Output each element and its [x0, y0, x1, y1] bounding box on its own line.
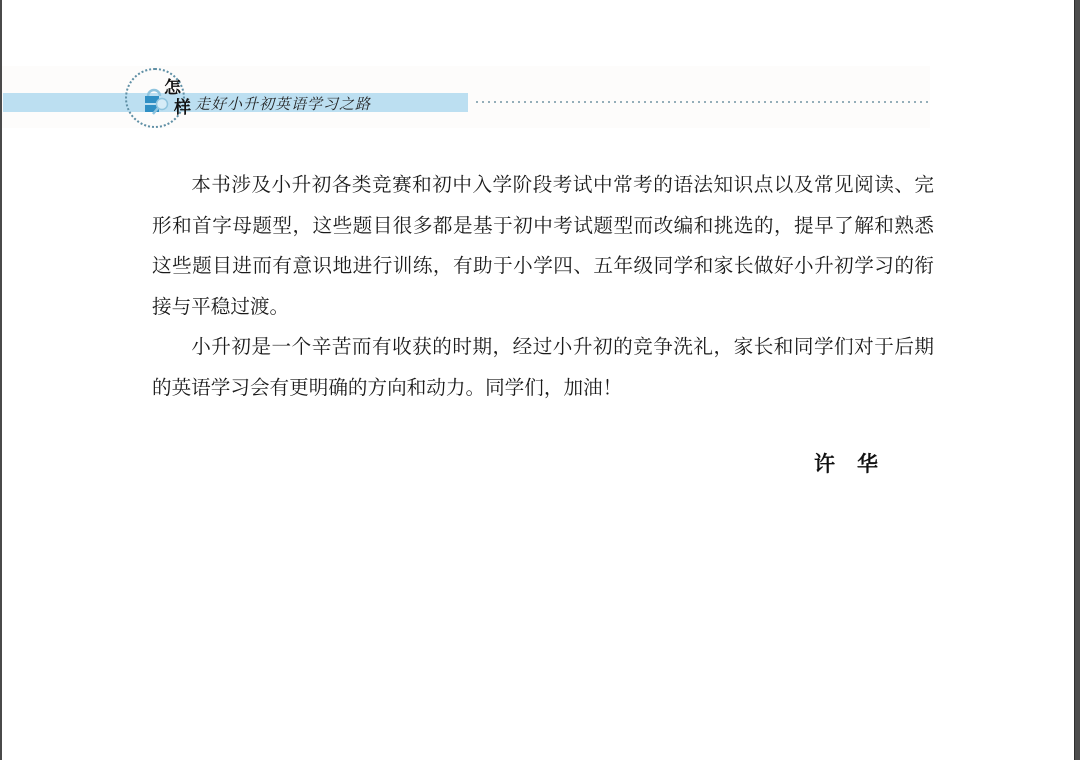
document-page: 怎 样 走好小升初英语学习之路 本书涉及小升初各类竞赛和初中入学阶段考试中常考的… [2, 0, 1074, 760]
header-title-char-2: 样 [174, 93, 191, 118]
header-title: 走好小升初英语学习之路 [195, 93, 371, 114]
header-dotted-rule [474, 101, 930, 103]
paragraph: 本书涉及小升初各类竞赛和初中入学阶段考试中常考的语法知识点以及常见阅读、完形和首… [152, 165, 934, 327]
preface-body: 本书涉及小升初各类竞赛和初中入学阶段考试中常考的语法知识点以及常见阅读、完形和首… [152, 165, 934, 408]
viewer-right-border [1074, 0, 1080, 760]
author-signature: 许华 [814, 448, 900, 478]
paragraph: 小升初是一个辛苦而有收获的时期，经过小升初的竞争洗礼，家长和同学们对于后期的英语… [152, 327, 934, 408]
